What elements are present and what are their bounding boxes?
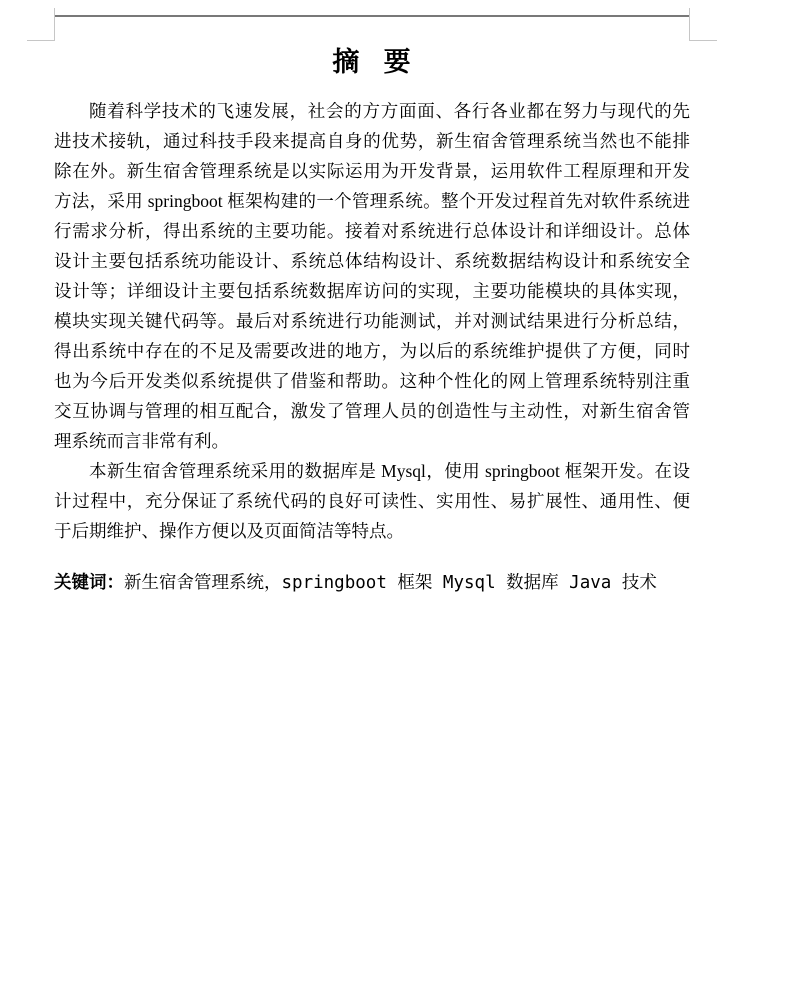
text-line: 本新生宿舍管理系统采用的数据库是 Mysql，使用 springboot 框架开… (54, 456, 690, 486)
text-line: 进技术接轨，通过科技手段来提高自身的优势，新生宿舍管理系统当然也不能排 (54, 126, 690, 156)
text-line: 随着科学技术的飞速发展，社会的方方面面、各行各业都在努力与现代的先 (54, 96, 690, 126)
keywords-line: 关键词：新生宿舍管理系统，springboot 框架 Mysql 数据库 Jav… (54, 567, 690, 598)
text-line: 计过程中，充分保证了系统代码的良好可读性、实用性、易扩展性、通用性、便 (54, 486, 690, 516)
abstract-title: 摘 要 (54, 44, 690, 80)
text-boundary-mark-top-right-horizontal (690, 40, 717, 41)
keywords-text: 新生宿舍管理系统，springboot 框架 Mysql 数据库 Java 技术 (124, 573, 657, 593)
text-line: 得出系统中存在的不足及需要改进的地方，为以后的系统维护提供了方便，同时 (54, 336, 690, 366)
text-line: 理系统而言非常有利。 (54, 426, 690, 456)
text-line: 方法，采用 springboot 框架构建的一个管理系统。整个开发过程首先对软件… (54, 186, 690, 216)
document-page: 摘 要 随着科学技术的飞速发展，社会的方方面面、各行各业都在努力与现代的先进技术… (0, 0, 795, 986)
page-content: 摘 要 随着科学技术的飞速发展，社会的方方面面、各行各业都在努力与现代的先进技术… (54, 0, 690, 598)
text-line: 交互协调与管理的相互配合，激发了管理人员的创造性与主动性，对新生宿舍管 (54, 396, 690, 426)
abstract-paragraph-2: 本新生宿舍管理系统采用的数据库是 Mysql，使用 springboot 框架开… (54, 456, 690, 546)
text-line: 模块实现关键代码等。最后对系统进行功能测试，并对测试结果进行分析总结， (54, 306, 690, 336)
text-line: 除在外。新生宿舍管理系统是以实际运用为开发背景，运用软件工程原理和开发 (54, 156, 690, 186)
text-line: 于后期维护、操作方便以及页面简洁等特点。 (54, 516, 690, 546)
abstract-paragraph-1: 随着科学技术的飞速发展，社会的方方面面、各行各业都在努力与现代的先进技术接轨，通… (54, 96, 690, 456)
text-line: 行需求分析，得出系统的主要功能。接着对系统进行总体设计和详细设计。总体 (54, 216, 690, 246)
text-boundary-mark-top-left-horizontal (27, 40, 54, 41)
keywords-label: 关键词： (54, 572, 124, 592)
text-line: 设计等；详细设计主要包括系统数据库访问的实现，主要功能模块的具体实现， (54, 276, 690, 306)
text-line: 也为今后开发类似系统提供了借鉴和帮助。这种个性化的网上管理系统特别注重 (54, 366, 690, 396)
text-line: 设计主要包括系统功能设计、系统总体结构设计、系统数据结构设计和系统安全 (54, 246, 690, 276)
